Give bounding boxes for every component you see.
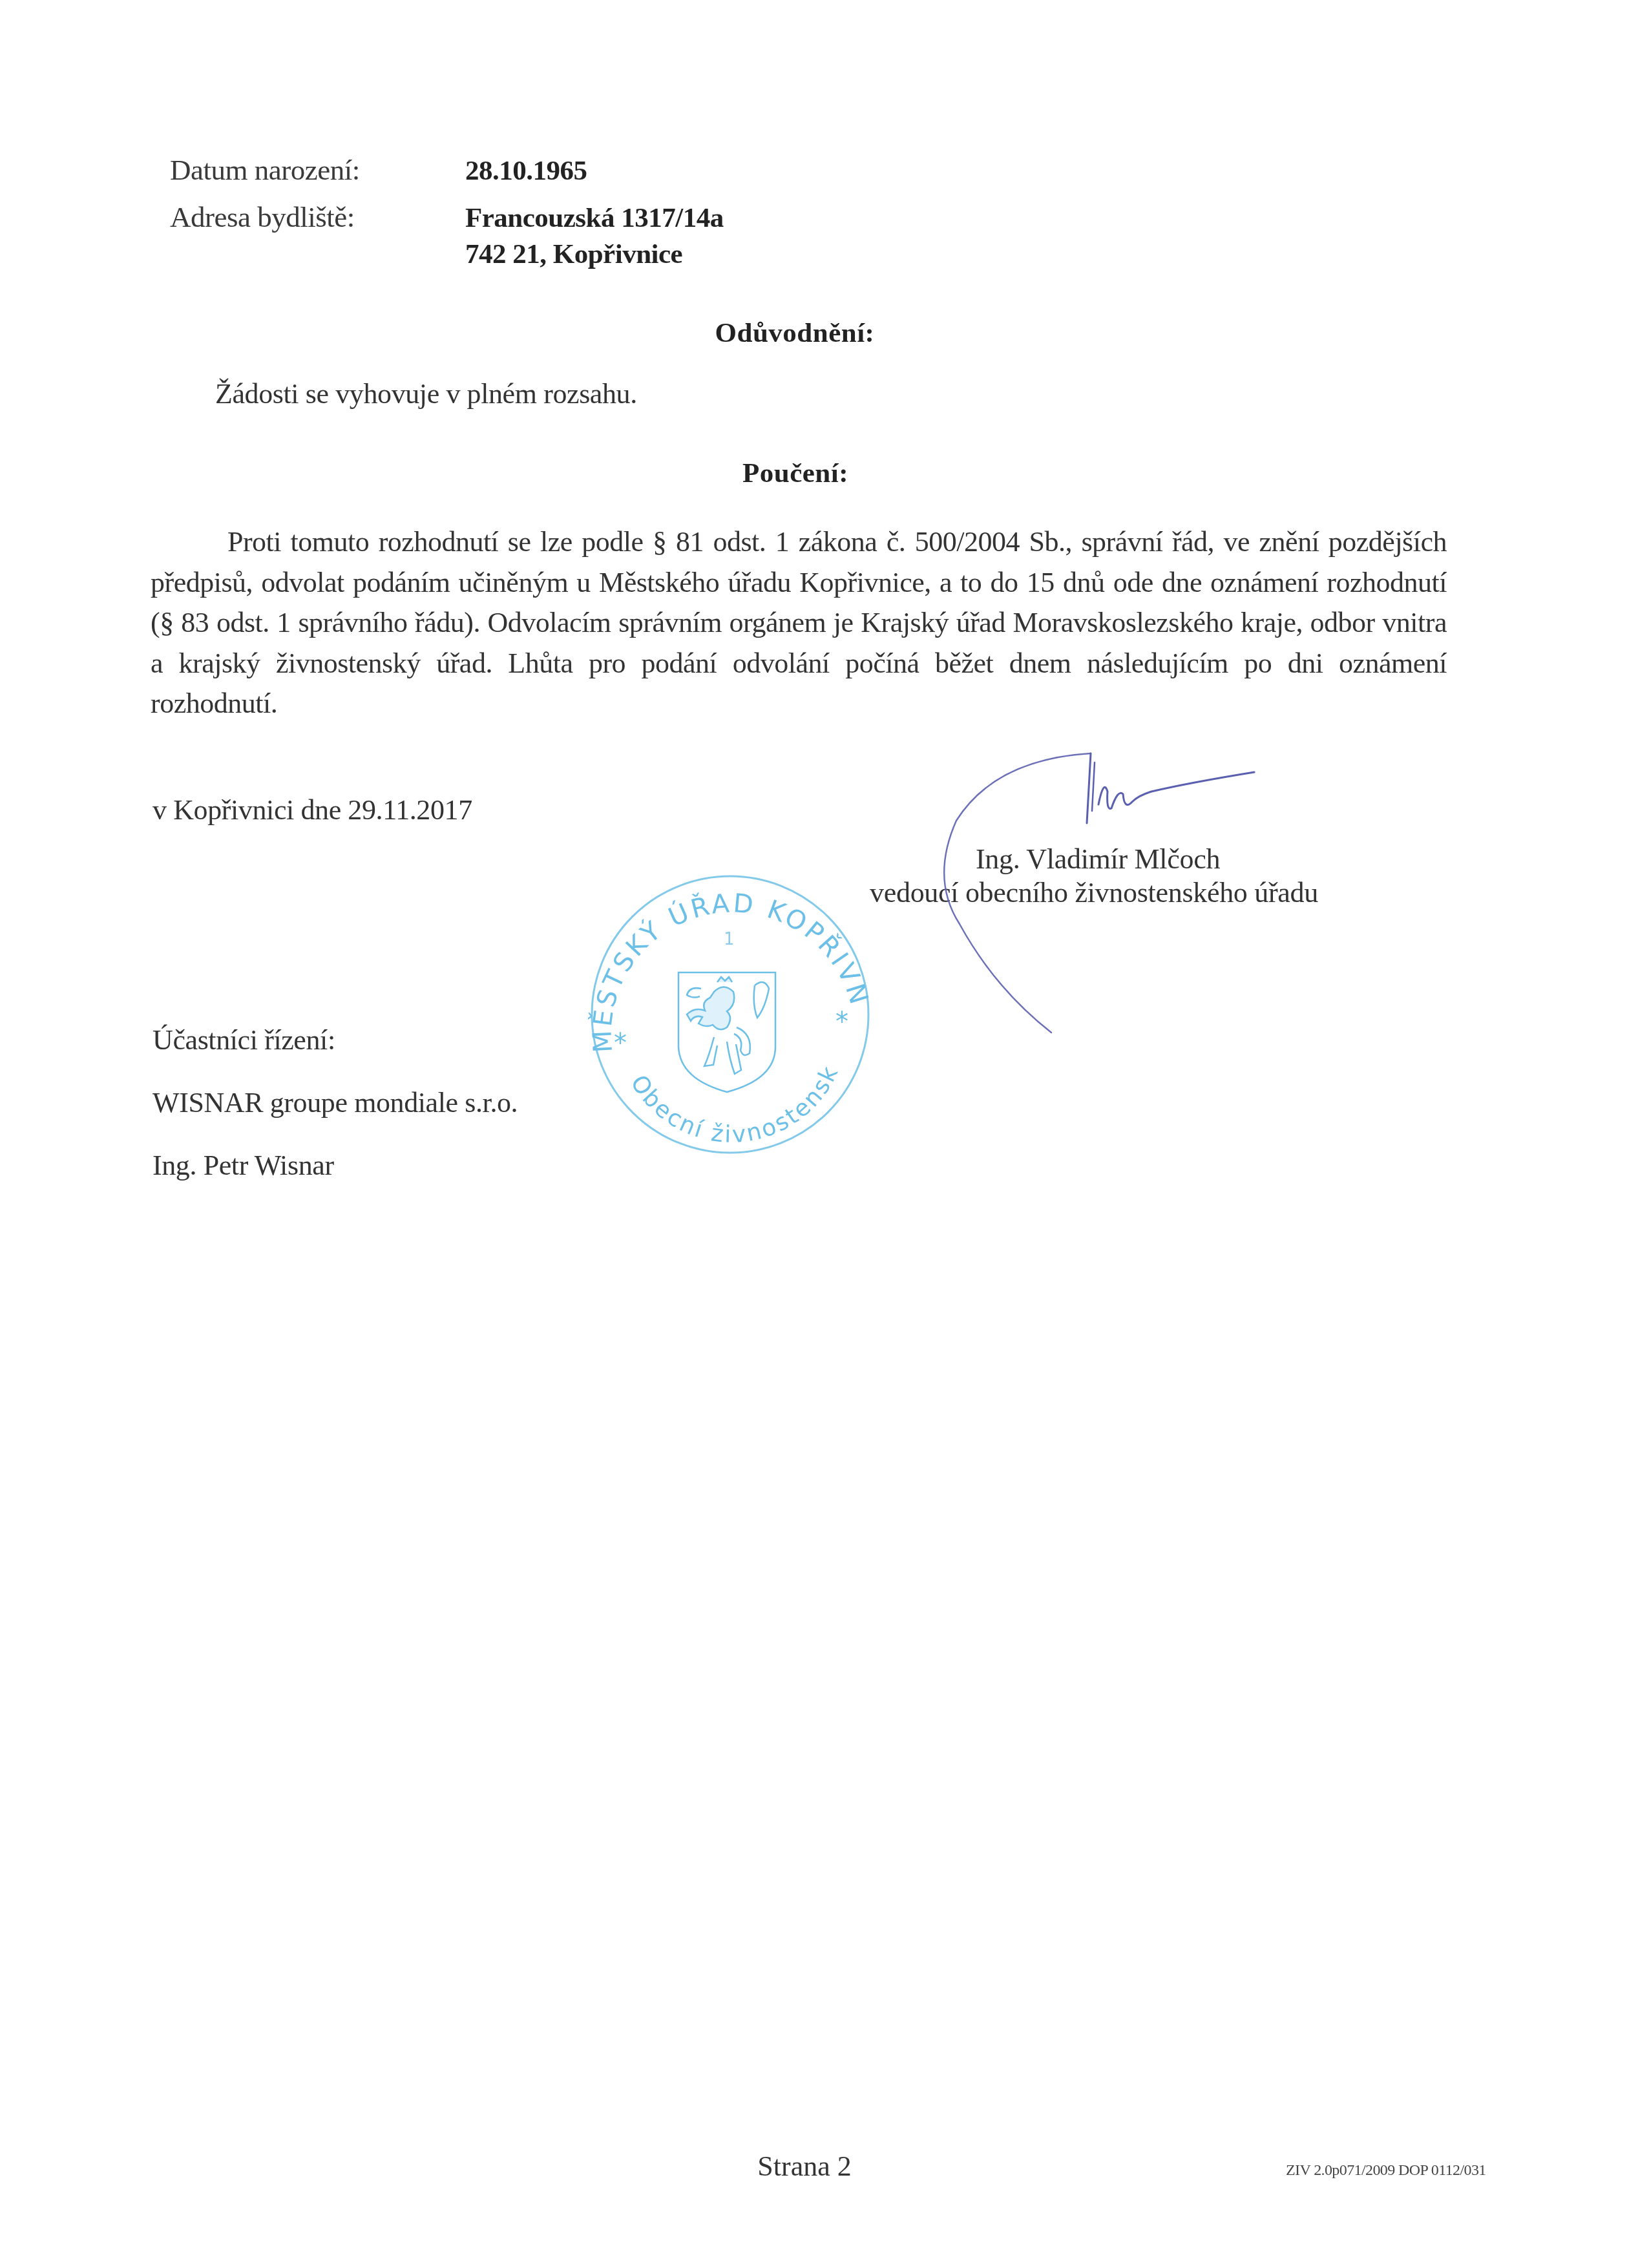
- stamp-separator-right: *: [835, 1007, 851, 1037]
- instruction-paragraph: Proti tomuto rozhodnutí se lze podle § 8…: [151, 522, 1447, 724]
- instruction-heading: Poučení:: [742, 459, 848, 487]
- place-date: v Kopřivnici dne 29.11.2017: [152, 796, 472, 824]
- birth-date-value: 28.10.1965: [465, 157, 587, 185]
- stamp-outer-ring: [592, 876, 868, 1153]
- birth-date-label: Datum narození:: [170, 156, 360, 185]
- document-reference: ZIV 2.0p071/2009 DOP 0112/031: [1286, 2163, 1486, 2178]
- address-line2: 742 21, Kopřivnice: [465, 240, 682, 268]
- page-number: Strana 2: [757, 2152, 851, 2181]
- address-label: Adresa bydliště:: [170, 203, 355, 232]
- signatory-title: vedoucí obecního živnostenského úřadu: [870, 879, 1318, 907]
- justification-text: Žádosti se vyhovuje v plném rozsahu.: [215, 380, 637, 408]
- stamp-number: 1: [724, 930, 735, 949]
- document-page: Datum narození: 28.10.1965 Adresa bydliš…: [0, 0, 1649, 2268]
- participant-item: WISNAR groupe mondiale s.r.o.: [152, 1089, 518, 1117]
- justification-heading: Odůvodnění:: [715, 319, 875, 347]
- participant-item: Ing. Petr Wisnar: [152, 1151, 334, 1180]
- czech-lion-icon: [678, 972, 775, 1092]
- address-line1: Francouzská 1317/14a: [465, 204, 724, 232]
- signatory-name: Ing. Vladimír Mlčoch: [976, 845, 1220, 874]
- stamp-separator-left: *: [614, 1029, 629, 1058]
- participants-heading: Účastníci řízení:: [152, 1026, 335, 1055]
